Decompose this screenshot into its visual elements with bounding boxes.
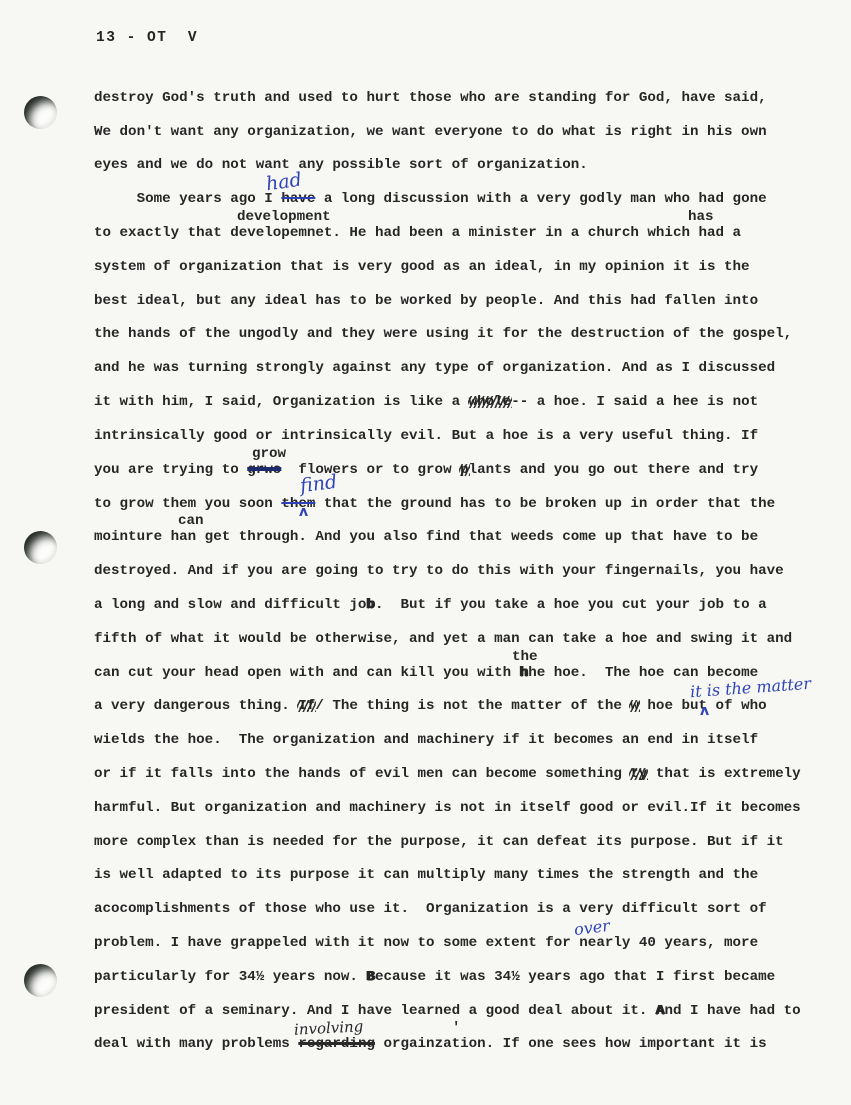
typed-text: We don't want any organization, we want … <box>94 124 767 140</box>
xx-text: p <box>460 462 469 478</box>
typed-line: destroyed. And if you are going to try t… <box>94 563 784 579</box>
typed-line: president of a seminary. And I have lear… <box>94 1003 801 1019</box>
typed-text: lants and you go out there and try <box>469 462 758 478</box>
typed-line: or if it falls into the hands of evil me… <box>94 766 801 782</box>
typed-text: wields the hoe. The organization and mac… <box>94 732 758 748</box>
typed-text: deal with many problems <box>94 1036 298 1052</box>
punch-hole <box>24 531 57 564</box>
insertion-caret: ʌ <box>700 704 709 718</box>
typed-text: ecause it was 34½ years ago that I first… <box>375 969 775 985</box>
xx-text: whole <box>469 394 512 410</box>
typed-text: eyes and we do not want any possible sor… <box>94 157 588 173</box>
typed-text: fifth of what it would be otherwise, and… <box>94 631 792 647</box>
typed-line: best ideal, but any ideal has to be work… <box>94 293 758 309</box>
typed-line: the hands of the ungodly and they were u… <box>94 326 792 342</box>
typed-text: can cut your head open with and can kill… <box>94 665 520 681</box>
typed-text: mointure han get through. And you also f… <box>94 529 758 545</box>
typed-text: a long and slow and difficult jo <box>94 597 366 613</box>
stray-mark: ' <box>452 1020 460 1036</box>
typed-line: eyes and we do not want any possible sor… <box>94 157 588 173</box>
typed-line: and he was turning strongly against any … <box>94 360 775 376</box>
typed-text: more complex than is needed for the purp… <box>94 834 784 850</box>
typed-text: to exactly that developemnet. He had bee… <box>94 225 741 241</box>
typed-text: a very dangerous thing. <box>94 698 298 714</box>
typed-line: particularly for 34½ years now. Because … <box>94 969 775 985</box>
typed-text: and he was turning strongly against any … <box>94 360 775 376</box>
typed-correction: can <box>178 513 204 529</box>
typed-text: harmful. But organization and machinery … <box>94 800 801 816</box>
typed-text: the hands of the ungodly and they were u… <box>94 326 792 342</box>
handwritten-note: find <box>299 471 338 497</box>
typed-line: Some years ago I have a long discussion … <box>94 191 767 207</box>
typed-line: intrinsically good or intrinsically evil… <box>94 428 758 444</box>
typed-line: more complex than is needed for the purp… <box>94 834 784 850</box>
strike-blue-text: have <box>281 191 315 207</box>
typed-line: acocomplishments of those who use it. Or… <box>94 901 767 917</box>
punch-hole <box>24 96 57 129</box>
typed-line: a long and slow and difficult job. But i… <box>94 597 767 613</box>
ot-text: B <box>366 969 375 985</box>
typed-line: wields the hoe. The organization and mac… <box>94 732 758 748</box>
typed-text: nd I have had to <box>664 1003 800 1019</box>
typed-text: is well adapted to its purpose it can mu… <box>94 867 758 883</box>
typed-text: -- a hoe. I said a hee is not <box>511 394 758 410</box>
typed-text: you are trying to <box>94 462 247 478</box>
xx-text: If <box>298 698 315 714</box>
strike-black-text: regarding <box>298 1036 375 1052</box>
xx-text: ty <box>630 766 647 782</box>
typed-line: mointure han get through. And you also f… <box>94 529 758 545</box>
typed-line: We don't want any organization, we want … <box>94 124 767 140</box>
typed-text: problem. I have grappeled with it now to… <box>94 935 758 951</box>
handwritten-note: involving <box>294 1017 364 1039</box>
typed-text: it with him, I said, Organization is lik… <box>94 394 469 410</box>
typed-correction: grow <box>252 446 286 462</box>
typed-line: destroy God's truth and used to hurt tho… <box>94 90 767 106</box>
typed-text: that is extremely <box>647 766 800 782</box>
typed-text: orgainzation. If one sees how important … <box>375 1036 767 1052</box>
typed-text: to grow them you soon <box>94 496 281 512</box>
typed-line: a very dangerous thing. If/ The thing is… <box>94 698 767 714</box>
typed-line: to exactly that developemnet. He had bee… <box>94 225 741 241</box>
typed-line: system of organization that is very good… <box>94 259 750 275</box>
typed-text: acocomplishments of those who use it. Or… <box>94 901 767 917</box>
typed-text: that the ground has to be broken up in o… <box>315 496 775 512</box>
typed-text: he hoe. The hoe can become <box>528 665 758 681</box>
typed-line: harmful. But organization and machinery … <box>94 800 801 816</box>
typed-line: deal with many problems regarding orgain… <box>94 1036 767 1052</box>
typed-text: destroy God's truth and used to hurt tho… <box>94 90 767 106</box>
typed-line: can cut your head open with and can kill… <box>94 665 758 681</box>
typed-text: best ideal, but any ideal has to be work… <box>94 293 758 309</box>
insertion-caret: ʌ <box>299 505 308 519</box>
typed-correction: the <box>512 649 538 665</box>
typewritten-page: 13 - OT V destroy God's truth and used t… <box>0 0 851 1105</box>
typed-line: problem. I have grappeled with it now to… <box>94 935 758 951</box>
typed-text: or if it falls into the hands of evil me… <box>94 766 630 782</box>
typed-text: president of a seminary. And I have lear… <box>94 1003 656 1019</box>
typed-line: is well adapted to its purpose it can mu… <box>94 867 758 883</box>
xx-text: w <box>630 698 639 714</box>
typed-line: it with him, I said, Organization is lik… <box>94 394 758 410</box>
typed-text: particularly for 34½ years now. <box>94 969 366 985</box>
typed-text: system of organization that is very good… <box>94 259 750 275</box>
typed-line: fifth of what it would be otherwise, and… <box>94 631 792 647</box>
typed-correction: has <box>688 209 714 225</box>
page-number: 13 - OT V <box>96 30 198 46</box>
typed-text: a long discussion with a very godly man … <box>315 191 766 207</box>
typed-text: Some years ago I <box>94 191 281 207</box>
typed-line: you are trying to grwo flowers or to gro… <box>94 462 758 478</box>
typed-text: / The thing is not the matter of the <box>315 698 630 714</box>
typed-text: . But if you take a hoe you cut your job… <box>375 597 767 613</box>
typed-correction: development <box>237 209 331 225</box>
ot-text: b <box>366 597 375 613</box>
typed-line: to grow them you soon them that the grou… <box>94 496 775 512</box>
typed-text: intrinsically good or intrinsically evil… <box>94 428 758 444</box>
punch-hole <box>24 964 57 997</box>
ot-text: h <box>520 665 529 681</box>
typed-text: destroyed. And if you are going to try t… <box>94 563 784 579</box>
strike-heavy-text: grwo <box>247 462 281 478</box>
